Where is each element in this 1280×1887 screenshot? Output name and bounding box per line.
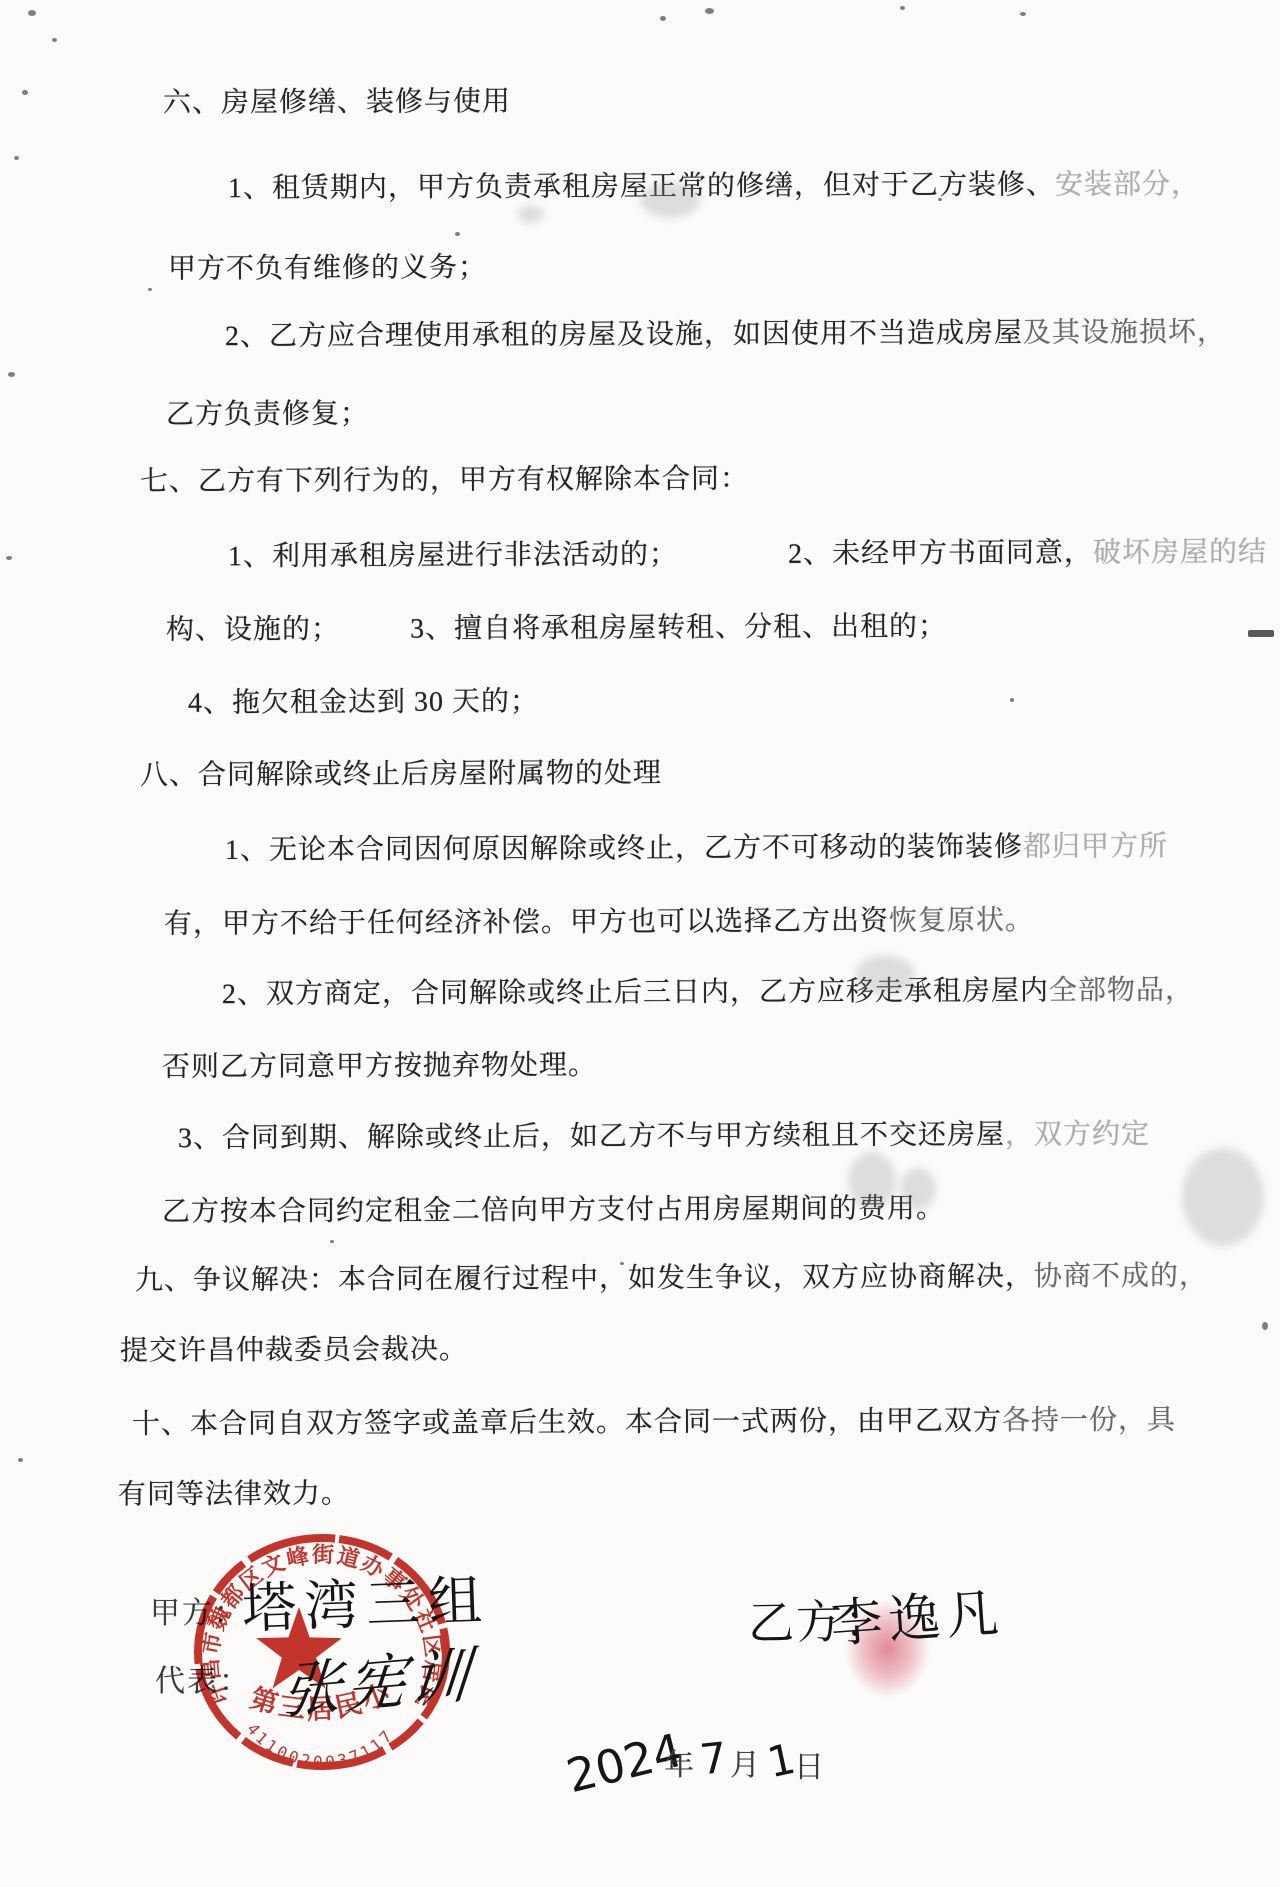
- contract-text-segment: 2、未经甲方书面同意，: [788, 537, 1093, 569]
- contract-line: 1、租赁期内，甲方负责承租房屋正常的修缮，但对于乙方装修、安装部分，: [228, 162, 1200, 206]
- contract-line: 提交许昌仲裁委员会裁决。: [120, 1327, 468, 1369]
- contract-line: 九、争议解决：本合同在履行过程中，如发生争议，双方应协商解决，协商不成的，: [135, 1254, 1208, 1299]
- date-month-unit: 月: [730, 1740, 762, 1784]
- contract-line: 十、本合同自双方签字或盖章后生效。本合同一式两份，由甲乙双方各持一份，具: [132, 1398, 1176, 1443]
- contract-text-segment: 都归甲方所: [1023, 831, 1168, 863]
- scan-smudge: [900, 1168, 936, 1210]
- scan-speck: [705, 8, 714, 14]
- scan-speck: [52, 38, 57, 42]
- scan-speck: [148, 288, 152, 291]
- contract-text-segment: 甲方不负有维修的义务；: [168, 252, 487, 284]
- contract-text-segment: 1、无论本合同因何原因解除或终止，乙方不可移动的装饰装修: [225, 832, 1023, 866]
- contract-line: 否则乙方同意甲方按抛弃物处理。: [162, 1043, 597, 1085]
- scan-speck: [900, 6, 905, 10]
- contract-text-segment: 九、争议解决：本合同在履行过程中，如发生争议，双方应协商解决，: [135, 1261, 1034, 1296]
- scan-speck: [1262, 1322, 1268, 1330]
- scanned-contract-screenshot: { "document": { "lines": [ {"x":163,"y":…: [0, 0, 1280, 1887]
- scan-speck: [660, 16, 666, 21]
- scan-speck: [1010, 698, 1014, 702]
- document-page: 六、房屋修缮、装修与使用1、租赁期内，甲方负责承租房屋正常的修缮，但对于乙方装修…: [0, 0, 1280, 1887]
- contract-text-segment: 及其设施损坏，: [1023, 317, 1226, 349]
- scan-smudge: [848, 1152, 896, 1210]
- seal-number: 4110020037117: [243, 1720, 398, 1772]
- scan-speck: [28, 10, 36, 16]
- party-a-representative-signature: 张宪训: [279, 1627, 478, 1731]
- scan-speck: [22, 90, 28, 95]
- scan-smudge: [855, 955, 915, 995]
- scan-speck: [1020, 12, 1026, 16]
- contract-text-segment: 构、设施的；: [166, 614, 340, 646]
- scan-speck: [938, 198, 942, 201]
- contract-line: 3、合同到期、解除或终止后，如乙方不与甲方续租且不交还房屋，双方约定: [178, 1112, 1150, 1156]
- contract-text-segment: 3、合同到期、解除或终止后，如乙方不与甲方续租且不交还房屋: [178, 1120, 1005, 1155]
- scan-speck: [6, 556, 12, 560]
- party-b-signature: 李逸凡: [828, 1570, 1007, 1657]
- scan-speck: [8, 372, 15, 377]
- scan-speck: [330, 1240, 334, 1243]
- contract-line: 六、房屋修缮、装修与使用: [163, 79, 511, 121]
- contract-text-segment: 提交许昌仲裁委员会裁决。: [120, 1334, 468, 1367]
- contract-text-segment: 有，甲方不给于任何经济补偿。甲方也可以选择乙方出资: [164, 906, 889, 940]
- scan-smudge: [1182, 1148, 1264, 1246]
- contract-text-segment: 有同等法律效力。: [118, 1478, 350, 1510]
- contract-text-segment: 破坏房屋的结: [1093, 537, 1267, 569]
- contract-text-segment: 3、擅自将承租房屋转租、分租、出租的；: [410, 611, 947, 644]
- contract-line: 八、合同解除或终止后房屋附属物的处理: [140, 751, 662, 793]
- scan-smudge: [518, 205, 544, 223]
- date-year-unit: 年: [664, 1740, 696, 1784]
- contract-line: 2、乙方应合理使用承租的房屋及设施，如因使用不当造成房屋及其设施损坏，: [225, 310, 1226, 354]
- contract-line: 4、拖欠租金达到 30 天的；: [188, 679, 539, 721]
- contract-line: 2、双方商定，合同解除或终止后三日内，乙方应移走承租房屋内全部物品，: [222, 968, 1194, 1012]
- contract-line: 1、无论本合同因何原因解除或终止，乙方不可移动的装饰装修都归甲方所: [225, 824, 1168, 868]
- contract-text-segment: 六、房屋修缮、装修与使用: [163, 86, 511, 119]
- edge-mark: [1248, 630, 1274, 637]
- svg-text:4110020037117: 4110020037117: [243, 1720, 398, 1772]
- contract-text-segment: 4、拖欠租金达到 30 天的；: [188, 686, 539, 719]
- contract-text-segment: 安装部分，: [1055, 169, 1200, 201]
- scan-speck: [18, 1458, 23, 1462]
- contract-text-segment: 十、本合同自双方签字或盖章后生效。本合同一式两份，由甲乙双方: [132, 1405, 1002, 1440]
- contract-text-segment: 2、双方商定，合同解除或终止后三日内，乙方应移走承租房屋内: [222, 976, 1049, 1011]
- scan-smudge: [640, 182, 700, 218]
- contract-text-segment: 各持一份，具: [1002, 1405, 1176, 1437]
- contract-line: 乙方负责修复；: [166, 392, 369, 433]
- contract-text-segment: 乙方负责修复；: [166, 399, 369, 431]
- contract-text-segment: 七、乙方有下列行为的，甲方有权解除本合同：: [140, 464, 749, 498]
- contract-text-segment: 协商不成的，: [1034, 1261, 1208, 1293]
- contract-text-segment: 2、乙方应合理使用承租的房屋及设施，如因使用不当造成房屋: [225, 318, 1023, 352]
- contract-line: 1、利用承租房屋进行非法活动的；2、未经甲方书面同意，破坏房屋的结: [228, 530, 1267, 575]
- scan-speck: [14, 156, 19, 160]
- contract-text-segment: 八、合同解除或终止后房屋附属物的处理: [140, 758, 662, 791]
- contract-line: 甲方不负有维修的义务；: [168, 245, 487, 286]
- date-month-handwritten: 7: [698, 1733, 730, 1785]
- contract-text-segment: 1、利用承租房屋进行非法活动的；: [228, 539, 678, 572]
- contract-text-segment: ，双方约定: [1005, 1119, 1150, 1151]
- contract-text-segment: 全部物品，: [1049, 975, 1194, 1007]
- contract-line: 乙方按本合同约定租金二倍向甲方支付占用房屋期间的费用。: [162, 1186, 945, 1229]
- contract-line: 构、设施的；3、擅自将承租房屋转租、分租、出租的；: [166, 604, 947, 647]
- scan-speck: [455, 232, 460, 236]
- scan-speck: [620, 1262, 624, 1265]
- contract-line: 有同等法律效力。: [118, 1471, 350, 1512]
- contract-line: 七、乙方有下列行为的，甲方有权解除本合同：: [140, 457, 749, 500]
- date-day-unit: 日: [794, 1742, 826, 1786]
- contract-text-segment: 乙方按本合同约定租金二倍向甲方支付占用房屋期间的费用。: [162, 1193, 945, 1227]
- contract-text-segment: 否则乙方同意甲方按抛弃物处理。: [162, 1050, 597, 1083]
- contract-text-segment: 恢复原状。: [889, 905, 1034, 937]
- contract-line: 有，甲方不给于任何经济补偿。甲方也可以选择乙方出资恢复原状。: [164, 898, 1034, 942]
